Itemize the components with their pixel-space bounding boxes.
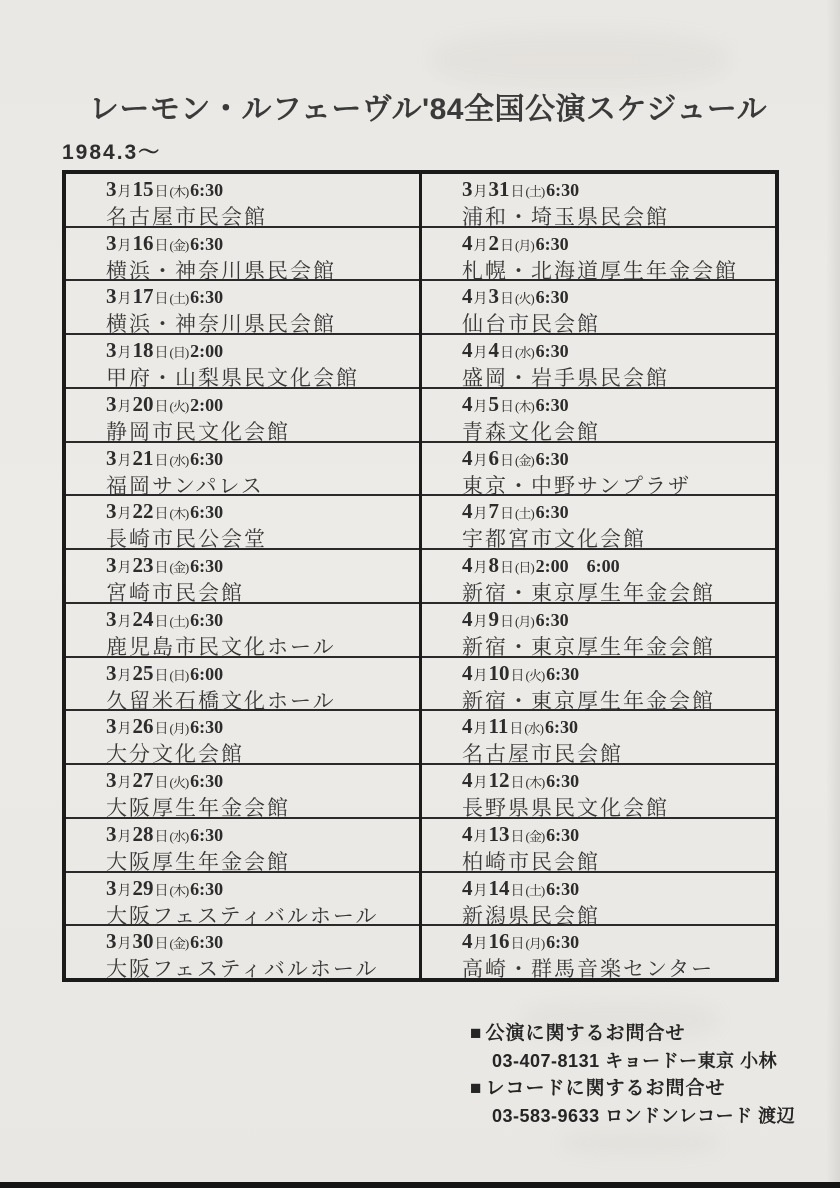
- date-month-unit: 月: [117, 884, 133, 899]
- date-month: 4: [462, 231, 473, 255]
- entry-time: 2:00 6:00: [536, 556, 620, 576]
- entry-time: 6:30: [536, 287, 569, 307]
- entry-venue: 浦和・埼玉県民会館: [462, 205, 769, 228]
- entry-venue: 新潟県民会館: [462, 904, 769, 927]
- scan-edge-artifact: [0, 1182, 840, 1188]
- date-day: 8: [489, 553, 500, 577]
- date-weekday: (金): [170, 560, 191, 575]
- date-month-unit: 月: [117, 561, 133, 576]
- entry-venue: 久留米石橋文化ホール: [106, 689, 413, 712]
- date-weekday: (火): [515, 291, 536, 306]
- date-month: 3: [462, 177, 473, 201]
- schedule-entry: 4月6日(金)6:30 東京・中野サンプラザ: [422, 443, 775, 497]
- date-day-unit: 日: [510, 669, 526, 684]
- entry-venue: 静岡市民文化会館: [106, 420, 413, 443]
- square-bullet-icon: ■: [470, 1078, 482, 1099]
- contact-item: ■レコードに関するお問合せ 03-583-9633 ロンドンレコード 渡辺: [470, 1075, 795, 1130]
- date-weekday: (土): [170, 291, 191, 306]
- date-month: 4: [462, 661, 473, 685]
- date-weekday: (水): [515, 345, 536, 360]
- entry-time: 6:30: [546, 932, 579, 952]
- schedule-entry: 4月16日(月)6:30 高崎・群馬音楽センター: [422, 926, 775, 978]
- date-month-unit: 月: [473, 346, 489, 361]
- schedule-entry: 3月15日(木)6:30 名古屋市民会館: [66, 174, 419, 228]
- schedule-entry: 4月2日(月)6:30 札幌・北海道厚生年金会館: [422, 228, 775, 282]
- entry-time: 6:30: [536, 449, 569, 469]
- entry-venue: 新宿・東京厚生年金会館: [462, 689, 769, 712]
- date-month-unit: 月: [473, 400, 489, 415]
- entry-date: 3月23日(金)6:30: [106, 554, 413, 580]
- schedule-entry: 4月14日(土)6:30 新潟県民会館: [422, 873, 775, 927]
- date-day: 31: [489, 177, 510, 201]
- entry-time: 2:00: [190, 341, 223, 361]
- schedule-entry: 4月10日(火)6:30 新宿・東京厚生年金会館: [422, 658, 775, 712]
- entry-time: 6:30: [546, 664, 579, 684]
- date-month-unit: 月: [473, 776, 489, 791]
- entry-time: 6:30: [546, 180, 579, 200]
- contact-item: ■公演に関するお問合せ 03-407-8131 キョードー東京 小林: [470, 1020, 795, 1075]
- date-day: 10: [489, 661, 510, 685]
- date-day-unit: 日: [499, 454, 515, 469]
- date-weekday: (金): [515, 453, 536, 468]
- date-day: 27: [133, 768, 154, 792]
- date-day: 25: [133, 661, 154, 685]
- date-month: 3: [106, 822, 117, 846]
- date-month: 4: [462, 714, 473, 738]
- date-weekday: (木): [170, 506, 191, 521]
- date-month-unit: 月: [473, 830, 489, 845]
- date-month-unit: 月: [473, 507, 489, 522]
- date-day: 15: [133, 177, 154, 201]
- date-day-unit: 日: [499, 346, 515, 361]
- date-month: 4: [462, 284, 473, 308]
- date-month: 3: [106, 553, 117, 577]
- schedule-entry: 4月11日(水)6:30 名古屋市民会館: [422, 711, 775, 765]
- square-bullet-icon: ■: [470, 1023, 482, 1044]
- schedule-entry: 3月17日(土)6:30 横浜・神奈川県民会館: [66, 281, 419, 335]
- entry-time: 6:30: [190, 180, 223, 200]
- scanned-flyer-page: レーモン・ルフェーヴル'84全国公演スケジュール 1984.3〜 3月15日(木…: [0, 0, 840, 1188]
- schedule-column-right: 3月31日(土)6:30 浦和・埼玉県民会館 4月2日(月)6:30 札幌・北海…: [419, 174, 775, 978]
- date-day-unit: 日: [154, 185, 170, 200]
- entry-time: 6:30: [546, 771, 579, 791]
- entry-date: 3月27日(火)6:30: [106, 769, 413, 795]
- entry-venue: 大阪フェスティバルホール: [106, 957, 413, 978]
- entry-time: 6:30: [190, 825, 223, 845]
- entry-time: 6:30: [190, 879, 223, 899]
- entry-time: 2:00: [190, 395, 223, 415]
- date-day-unit: 日: [510, 830, 526, 845]
- date-day: 2: [489, 231, 500, 255]
- date-month: 4: [462, 499, 473, 523]
- scan-bleedthrough-artifact: [430, 30, 730, 90]
- entry-date: 4月2日(月)6:30: [462, 232, 769, 258]
- date-weekday: (火): [170, 399, 191, 414]
- entry-time: 6:30: [536, 341, 569, 361]
- schedule-entry: 4月5日(木)6:30 青森文化会館: [422, 389, 775, 443]
- date-month: 3: [106, 876, 117, 900]
- date-day-unit: 日: [499, 292, 515, 307]
- date-month: 4: [462, 876, 473, 900]
- entry-date: 3月26日(月)6:30: [106, 715, 413, 741]
- date-day-unit: 日: [154, 292, 170, 307]
- entry-date: 4月14日(土)6:30: [462, 877, 769, 903]
- schedule-table: 3月15日(木)6:30 名古屋市民会館 3月16日(金)6:30 横浜・神奈川…: [62, 170, 779, 982]
- entry-date: 3月21日(水)6:30: [106, 447, 413, 473]
- date-month-unit: 月: [473, 239, 489, 254]
- date-day: 11: [489, 714, 509, 738]
- date-day-unit: 日: [510, 884, 526, 899]
- entry-time: 6:30: [190, 234, 223, 254]
- entry-time: 6:30: [536, 395, 569, 415]
- entry-date: 3月17日(土)6:30: [106, 285, 413, 311]
- date-month-unit: 月: [117, 185, 133, 200]
- entry-venue: 名古屋市民会館: [462, 742, 769, 765]
- entry-venue: 宇都宮市文化会館: [462, 527, 769, 550]
- entry-time: 6:30: [546, 825, 579, 845]
- entry-time: 6:30: [190, 771, 223, 791]
- date-day: 13: [489, 822, 510, 846]
- entry-date: 3月31日(土)6:30: [462, 178, 769, 204]
- date-month: 4: [462, 392, 473, 416]
- schedule-entry: 3月16日(金)6:30 横浜・神奈川県民会館: [66, 228, 419, 282]
- date-month: 3: [106, 338, 117, 362]
- entry-venue: 仙台市民会館: [462, 312, 769, 335]
- date-month: 3: [106, 714, 117, 738]
- contact-label: レコードに関するお問合せ: [485, 1078, 725, 1099]
- schedule-entry: 4月7日(土)6:30 宇都宮市文化会館: [422, 496, 775, 550]
- entry-venue: 東京・中野サンプラザ: [462, 474, 769, 497]
- schedule-entry: 3月21日(水)6:30 福岡サンパレス: [66, 443, 419, 497]
- date-day: 28: [133, 822, 154, 846]
- date-day: 30: [133, 929, 154, 953]
- date-month-unit: 月: [117, 292, 133, 307]
- date-day-unit: 日: [154, 884, 170, 899]
- date-day-unit: 日: [154, 615, 170, 630]
- schedule-entry: 3月24日(土)6:30 鹿児島市民文化ホール: [66, 604, 419, 658]
- date-month: 3: [106, 929, 117, 953]
- schedule-column-left: 3月15日(木)6:30 名古屋市民会館 3月16日(金)6:30 横浜・神奈川…: [66, 174, 419, 978]
- schedule-entry: 3月30日(金)6:30 大阪フェスティバルホール: [66, 926, 419, 978]
- date-day-unit: 日: [154, 561, 170, 576]
- date-weekday: (土): [526, 883, 547, 898]
- entry-venue: 柏崎市民会館: [462, 850, 769, 873]
- date-weekday: (火): [526, 668, 547, 683]
- date-day: 24: [133, 607, 154, 631]
- schedule-entry: 3月20日(火)2:00 静岡市民文化会館: [66, 389, 419, 443]
- date-day: 14: [489, 876, 510, 900]
- entry-date: 3月22日(木)6:30: [106, 500, 413, 526]
- entry-date: 4月8日(日)2:00 6:00: [462, 554, 769, 580]
- schedule-entry: 4月9日(月)6:30 新宿・東京厚生年金会館: [422, 604, 775, 658]
- schedule-entry: 4月13日(金)6:30 柏崎市民会館: [422, 819, 775, 873]
- page-title: レーモン・ルフェーヴル'84全国公演スケジュール: [0, 84, 840, 128]
- entry-date: 3月18日(日)2:00: [106, 339, 413, 365]
- date-weekday: (月): [170, 721, 191, 736]
- entry-time: 6:30: [190, 287, 223, 307]
- date-day-unit: 日: [508, 722, 524, 737]
- date-weekday: (木): [526, 775, 547, 790]
- entry-venue: 大阪厚生年金会館: [106, 850, 413, 873]
- entry-date: 4月4日(水)6:30: [462, 339, 769, 365]
- schedule-entry: 3月28日(水)6:30 大阪厚生年金会館: [66, 819, 419, 873]
- date-weekday: (木): [515, 399, 536, 414]
- date-weekday: (土): [526, 184, 547, 199]
- entry-date: 4月13日(金)6:30: [462, 823, 769, 849]
- date-weekday: (木): [170, 883, 191, 898]
- entry-venue: 高崎・群馬音楽センター: [462, 957, 769, 978]
- date-month: 3: [106, 392, 117, 416]
- contact-label-line: ■レコードに関するお問合せ: [470, 1075, 795, 1103]
- date-month: 4: [462, 553, 473, 577]
- date-day: 4: [489, 338, 500, 362]
- date-weekday: (月): [526, 936, 547, 951]
- entry-time: 6:00: [190, 664, 223, 684]
- date-day-unit: 日: [499, 615, 515, 630]
- date-day-unit: 日: [499, 239, 515, 254]
- entry-time: 6:30: [190, 932, 223, 952]
- entry-date: 4月3日(火)6:30: [462, 285, 769, 311]
- date-weekday: (月): [515, 238, 536, 253]
- entry-venue: 札幌・北海道厚生年金会館: [462, 259, 769, 282]
- date-month-unit: 月: [473, 722, 489, 737]
- date-weekday: (水): [524, 721, 545, 736]
- entry-date: 3月24日(土)6:30: [106, 608, 413, 634]
- date-month: 3: [106, 231, 117, 255]
- entry-time: 6:30: [545, 717, 578, 737]
- scan-bleedthrough-artifact: [560, 1130, 720, 1156]
- entry-venue: 長野県県民文化会館: [462, 796, 769, 819]
- schedule-entry: 3月18日(日)2:00 甲府・山梨県民文化会館: [66, 335, 419, 389]
- schedule-entry: 4月12日(木)6:30 長野県県民文化会館: [422, 765, 775, 819]
- schedule-entry: 3月29日(木)6:30 大阪フェスティバルホール: [66, 873, 419, 927]
- date-month: 3: [106, 661, 117, 685]
- date-month-unit: 月: [117, 722, 133, 737]
- entry-venue: 新宿・東京厚生年金会館: [462, 581, 769, 604]
- date-day: 26: [133, 714, 154, 738]
- schedule-entry: 3月26日(月)6:30 大分文化会館: [66, 711, 419, 765]
- date-month-unit: 月: [117, 830, 133, 845]
- entry-time: 6:30: [190, 717, 223, 737]
- date-weekday: (土): [515, 506, 536, 521]
- date-day-unit: 日: [499, 507, 515, 522]
- date-day: 21: [133, 446, 154, 470]
- date-month-unit: 月: [473, 561, 489, 576]
- date-day: 6: [489, 446, 500, 470]
- entry-date: 4月7日(土)6:30: [462, 500, 769, 526]
- contact-label-line: ■公演に関するお問合せ: [470, 1020, 795, 1048]
- date-month: 3: [106, 768, 117, 792]
- entry-date: 4月6日(金)6:30: [462, 447, 769, 473]
- date-day: 5: [489, 392, 500, 416]
- date-day-unit: 日: [154, 776, 170, 791]
- date-day: 12: [489, 768, 510, 792]
- entry-date: 4月5日(木)6:30: [462, 393, 769, 419]
- date-day-unit: 日: [510, 776, 526, 791]
- date-day-unit: 日: [154, 239, 170, 254]
- date-weekday: (木): [170, 184, 191, 199]
- date-range-label: 1984.3〜: [62, 136, 161, 166]
- entry-date: 4月16日(月)6:30: [462, 930, 769, 956]
- entry-date: 4月9日(月)6:30: [462, 608, 769, 634]
- date-day-unit: 日: [154, 722, 170, 737]
- entry-venue: 大分文化会館: [106, 742, 413, 765]
- date-day-unit: 日: [154, 454, 170, 469]
- schedule-entry: 4月8日(日)2:00 6:00 新宿・東京厚生年金会館: [422, 550, 775, 604]
- date-weekday: (日): [170, 668, 191, 683]
- entry-venue: 長崎市民公会堂: [106, 527, 413, 550]
- date-day-unit: 日: [154, 830, 170, 845]
- date-month: 4: [462, 338, 473, 362]
- contact-label: 公演に関するお問合せ: [485, 1023, 685, 1044]
- date-day: 16: [133, 231, 154, 255]
- date-day-unit: 日: [510, 937, 526, 952]
- date-month-unit: 月: [473, 937, 489, 952]
- date-month-unit: 月: [473, 185, 489, 200]
- date-weekday: (金): [170, 936, 191, 951]
- date-day-unit: 日: [154, 400, 170, 415]
- schedule-entry: 3月23日(金)6:30 宮崎市民会館: [66, 550, 419, 604]
- entry-date: 3月20日(火)2:00: [106, 393, 413, 419]
- entry-date: 3月28日(水)6:30: [106, 823, 413, 849]
- entry-date: 3月15日(木)6:30: [106, 178, 413, 204]
- date-weekday: (土): [170, 614, 191, 629]
- date-weekday: (火): [170, 775, 191, 790]
- date-day: 20: [133, 392, 154, 416]
- date-month: 3: [106, 607, 117, 631]
- date-month: 3: [106, 499, 117, 523]
- date-month-unit: 月: [117, 239, 133, 254]
- date-month-unit: 月: [117, 507, 133, 522]
- date-day-unit: 日: [154, 937, 170, 952]
- date-month: 3: [106, 177, 117, 201]
- date-month-unit: 月: [117, 400, 133, 415]
- date-month-unit: 月: [473, 292, 489, 307]
- entry-time: 6:30: [536, 502, 569, 522]
- entry-venue: 宮崎市民会館: [106, 581, 413, 604]
- date-month: 3: [106, 446, 117, 470]
- entry-time: 6:30: [536, 234, 569, 254]
- date-weekday: (水): [170, 453, 191, 468]
- date-day: 3: [489, 284, 500, 308]
- date-day-unit: 日: [154, 507, 170, 522]
- entry-time: 6:30: [190, 610, 223, 630]
- date-day: 7: [489, 499, 500, 523]
- entry-venue: 横浜・神奈川県民会館: [106, 259, 413, 282]
- date-month-unit: 月: [117, 346, 133, 361]
- entry-time: 6:30: [190, 449, 223, 469]
- date-day-unit: 日: [499, 400, 515, 415]
- entry-date: 3月29日(木)6:30: [106, 877, 413, 903]
- date-day: 29: [133, 876, 154, 900]
- entry-venue: 大阪厚生年金会館: [106, 796, 413, 819]
- entry-venue: 鹿児島市民文化ホール: [106, 635, 413, 658]
- entry-time: 6:30: [546, 879, 579, 899]
- contact-detail: 03-583-9633 ロンドンレコード 渡辺: [470, 1103, 795, 1130]
- date-day: 16: [489, 929, 510, 953]
- date-weekday: (金): [526, 829, 547, 844]
- entry-date: 4月11日(水)6:30: [462, 715, 769, 741]
- date-month: 4: [462, 768, 473, 792]
- schedule-entry: 3月27日(火)6:30 大阪厚生年金会館: [66, 765, 419, 819]
- entry-venue: 大阪フェスティバルホール: [106, 904, 413, 927]
- date-weekday: (日): [515, 560, 536, 575]
- date-month-unit: 月: [473, 884, 489, 899]
- date-month-unit: 月: [117, 615, 133, 630]
- contact-info-block: ■公演に関するお問合せ 03-407-8131 キョードー東京 小林 ■レコード…: [470, 1020, 795, 1130]
- date-month-unit: 月: [117, 669, 133, 684]
- contact-detail: 03-407-8131 キョードー東京 小林: [470, 1048, 795, 1075]
- date-month: 4: [462, 822, 473, 846]
- date-day: 17: [133, 284, 154, 308]
- schedule-entry: 4月4日(水)6:30 盛岡・岩手県民会館: [422, 335, 775, 389]
- date-month: 4: [462, 929, 473, 953]
- date-weekday: (日): [170, 345, 191, 360]
- date-day-unit: 日: [510, 185, 526, 200]
- date-day: 23: [133, 553, 154, 577]
- schedule-entry: 3月22日(木)6:30 長崎市民公会堂: [66, 496, 419, 550]
- date-month: 3: [106, 284, 117, 308]
- entry-time: 6:30: [536, 610, 569, 630]
- entry-venue: 青森文化会館: [462, 420, 769, 443]
- date-day-unit: 日: [154, 346, 170, 361]
- entry-venue: 横浜・神奈川県民会館: [106, 312, 413, 335]
- date-weekday: (金): [170, 238, 191, 253]
- entry-date: 4月12日(木)6:30: [462, 769, 769, 795]
- date-month-unit: 月: [117, 776, 133, 791]
- date-day: 22: [133, 499, 154, 523]
- date-day: 18: [133, 338, 154, 362]
- schedule-entry: 3月25日(日)6:00 久留米石橋文化ホール: [66, 658, 419, 712]
- entry-time: 6:30: [190, 502, 223, 522]
- entry-venue: 新宿・東京厚生年金会館: [462, 635, 769, 658]
- date-month-unit: 月: [473, 615, 489, 630]
- date-day-unit: 日: [499, 561, 515, 576]
- entry-date: 3月16日(金)6:30: [106, 232, 413, 258]
- date-month-unit: 月: [473, 669, 489, 684]
- entry-venue: 甲府・山梨県民文化会館: [106, 366, 413, 389]
- entry-date: 3月30日(金)6:30: [106, 930, 413, 956]
- entry-venue: 盛岡・岩手県民会館: [462, 366, 769, 389]
- schedule-entry: 4月3日(火)6:30 仙台市民会館: [422, 281, 775, 335]
- date-month-unit: 月: [473, 454, 489, 469]
- date-month: 4: [462, 607, 473, 631]
- entry-date: 4月10日(火)6:30: [462, 662, 769, 688]
- date-month-unit: 月: [117, 454, 133, 469]
- date-month-unit: 月: [117, 937, 133, 952]
- entry-venue: 名古屋市民会館: [106, 205, 413, 228]
- date-weekday: (水): [170, 829, 191, 844]
- schedule-entry: 3月31日(土)6:30 浦和・埼玉県民会館: [422, 174, 775, 228]
- date-day: 9: [489, 607, 500, 631]
- entry-date: 3月25日(日)6:00: [106, 662, 413, 688]
- entry-venue: 福岡サンパレス: [106, 474, 413, 497]
- date-day-unit: 日: [154, 669, 170, 684]
- date-weekday: (月): [515, 614, 536, 629]
- entry-time: 6:30: [190, 556, 223, 576]
- date-month: 4: [462, 446, 473, 470]
